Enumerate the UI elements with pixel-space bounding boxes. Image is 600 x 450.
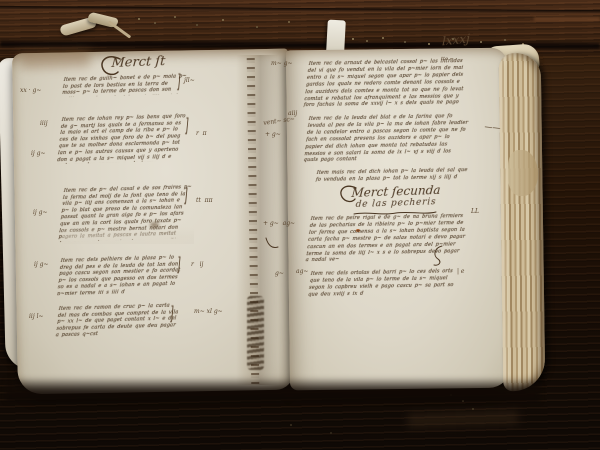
margin-annotation: jll~	[184, 77, 195, 84]
bookmark-tab	[326, 20, 346, 53]
margin-annotation: m~ xl g~	[194, 308, 223, 315]
gutter-dirt-blot	[247, 296, 264, 370]
scribal-bracket: ]	[177, 73, 181, 94]
fore-edge-page-stack	[499, 53, 546, 392]
faded-ink-area	[62, 227, 194, 244]
scribal-bracket: ]	[177, 256, 181, 277]
plank-seam	[534, 17, 600, 21]
wood-debris	[352, 38, 354, 40]
flourish-mark	[264, 235, 280, 251]
margin-annotation: LL	[471, 208, 479, 215]
folio-number: lxxxj	[442, 31, 470, 48]
margin-annotation: + g~ ag~	[263, 220, 295, 227]
manuscript-paragraph: Item rec de arnaut de belcastel cossol p…	[303, 58, 471, 109]
margin-annotation: r π	[196, 130, 207, 137]
margin-annotation: ij g~	[31, 150, 46, 157]
margin-annotation: m~ g~	[271, 60, 293, 67]
fore-edge-curl	[508, 150, 538, 196]
flourish-mark	[430, 244, 446, 268]
manuscript-paragraph: Item rec dels ortolas del barri p~ lo ce…	[307, 268, 462, 300]
scribal-bracket: ]	[170, 305, 174, 326]
margin-annotation: ij g~	[33, 209, 48, 216]
book-bottom-shadow	[6, 377, 540, 401]
margin-annotation: + g~	[265, 131, 281, 138]
manuscript-photo: Merct ſt Item rec de guilh~ bonet e de p…	[0, 0, 600, 450]
margin-annotation: | e	[457, 268, 464, 275]
margin-annotation: iiij	[40, 120, 48, 127]
margin-annotation: ag~	[296, 268, 308, 275]
margin-annotation: r ij	[191, 261, 203, 268]
manuscript-paragraph: Item rec dels pelhiers de la plasa p~ lo…	[57, 254, 185, 295]
manuscript-paragraph: Item rec de ramon de cruc p~ la carta de…	[55, 302, 180, 338]
manuscript-paragraph: Item rec de guilh~ bonet e de p~ mola p~…	[62, 73, 188, 97]
scribal-bracket: ]	[184, 187, 188, 208]
wood-debris	[138, 18, 140, 20]
page-corner-stain	[20, 49, 91, 69]
margin-annotation: ——	[484, 122, 501, 133]
manuscript-note: Item mais rec del dich iohan p~ la leuda…	[315, 167, 469, 184]
manuscript-paragraph: Item rec de la leuda del blat e de la fa…	[303, 113, 472, 166]
margin-annotation: xx · g~	[20, 87, 41, 94]
left-page-heading: Merct ſt	[111, 54, 166, 71]
scribal-bracket: ]	[185, 117, 189, 138]
manuscript-paragraph: Item rec de iohan rey p~ los bens que fo…	[57, 113, 188, 164]
margin-annotation: tt ππ	[196, 197, 213, 204]
margin-annotation: iij l~	[29, 313, 44, 320]
margin-annotation: ij g~	[34, 261, 49, 268]
margin-annotation: g~	[275, 270, 284, 277]
